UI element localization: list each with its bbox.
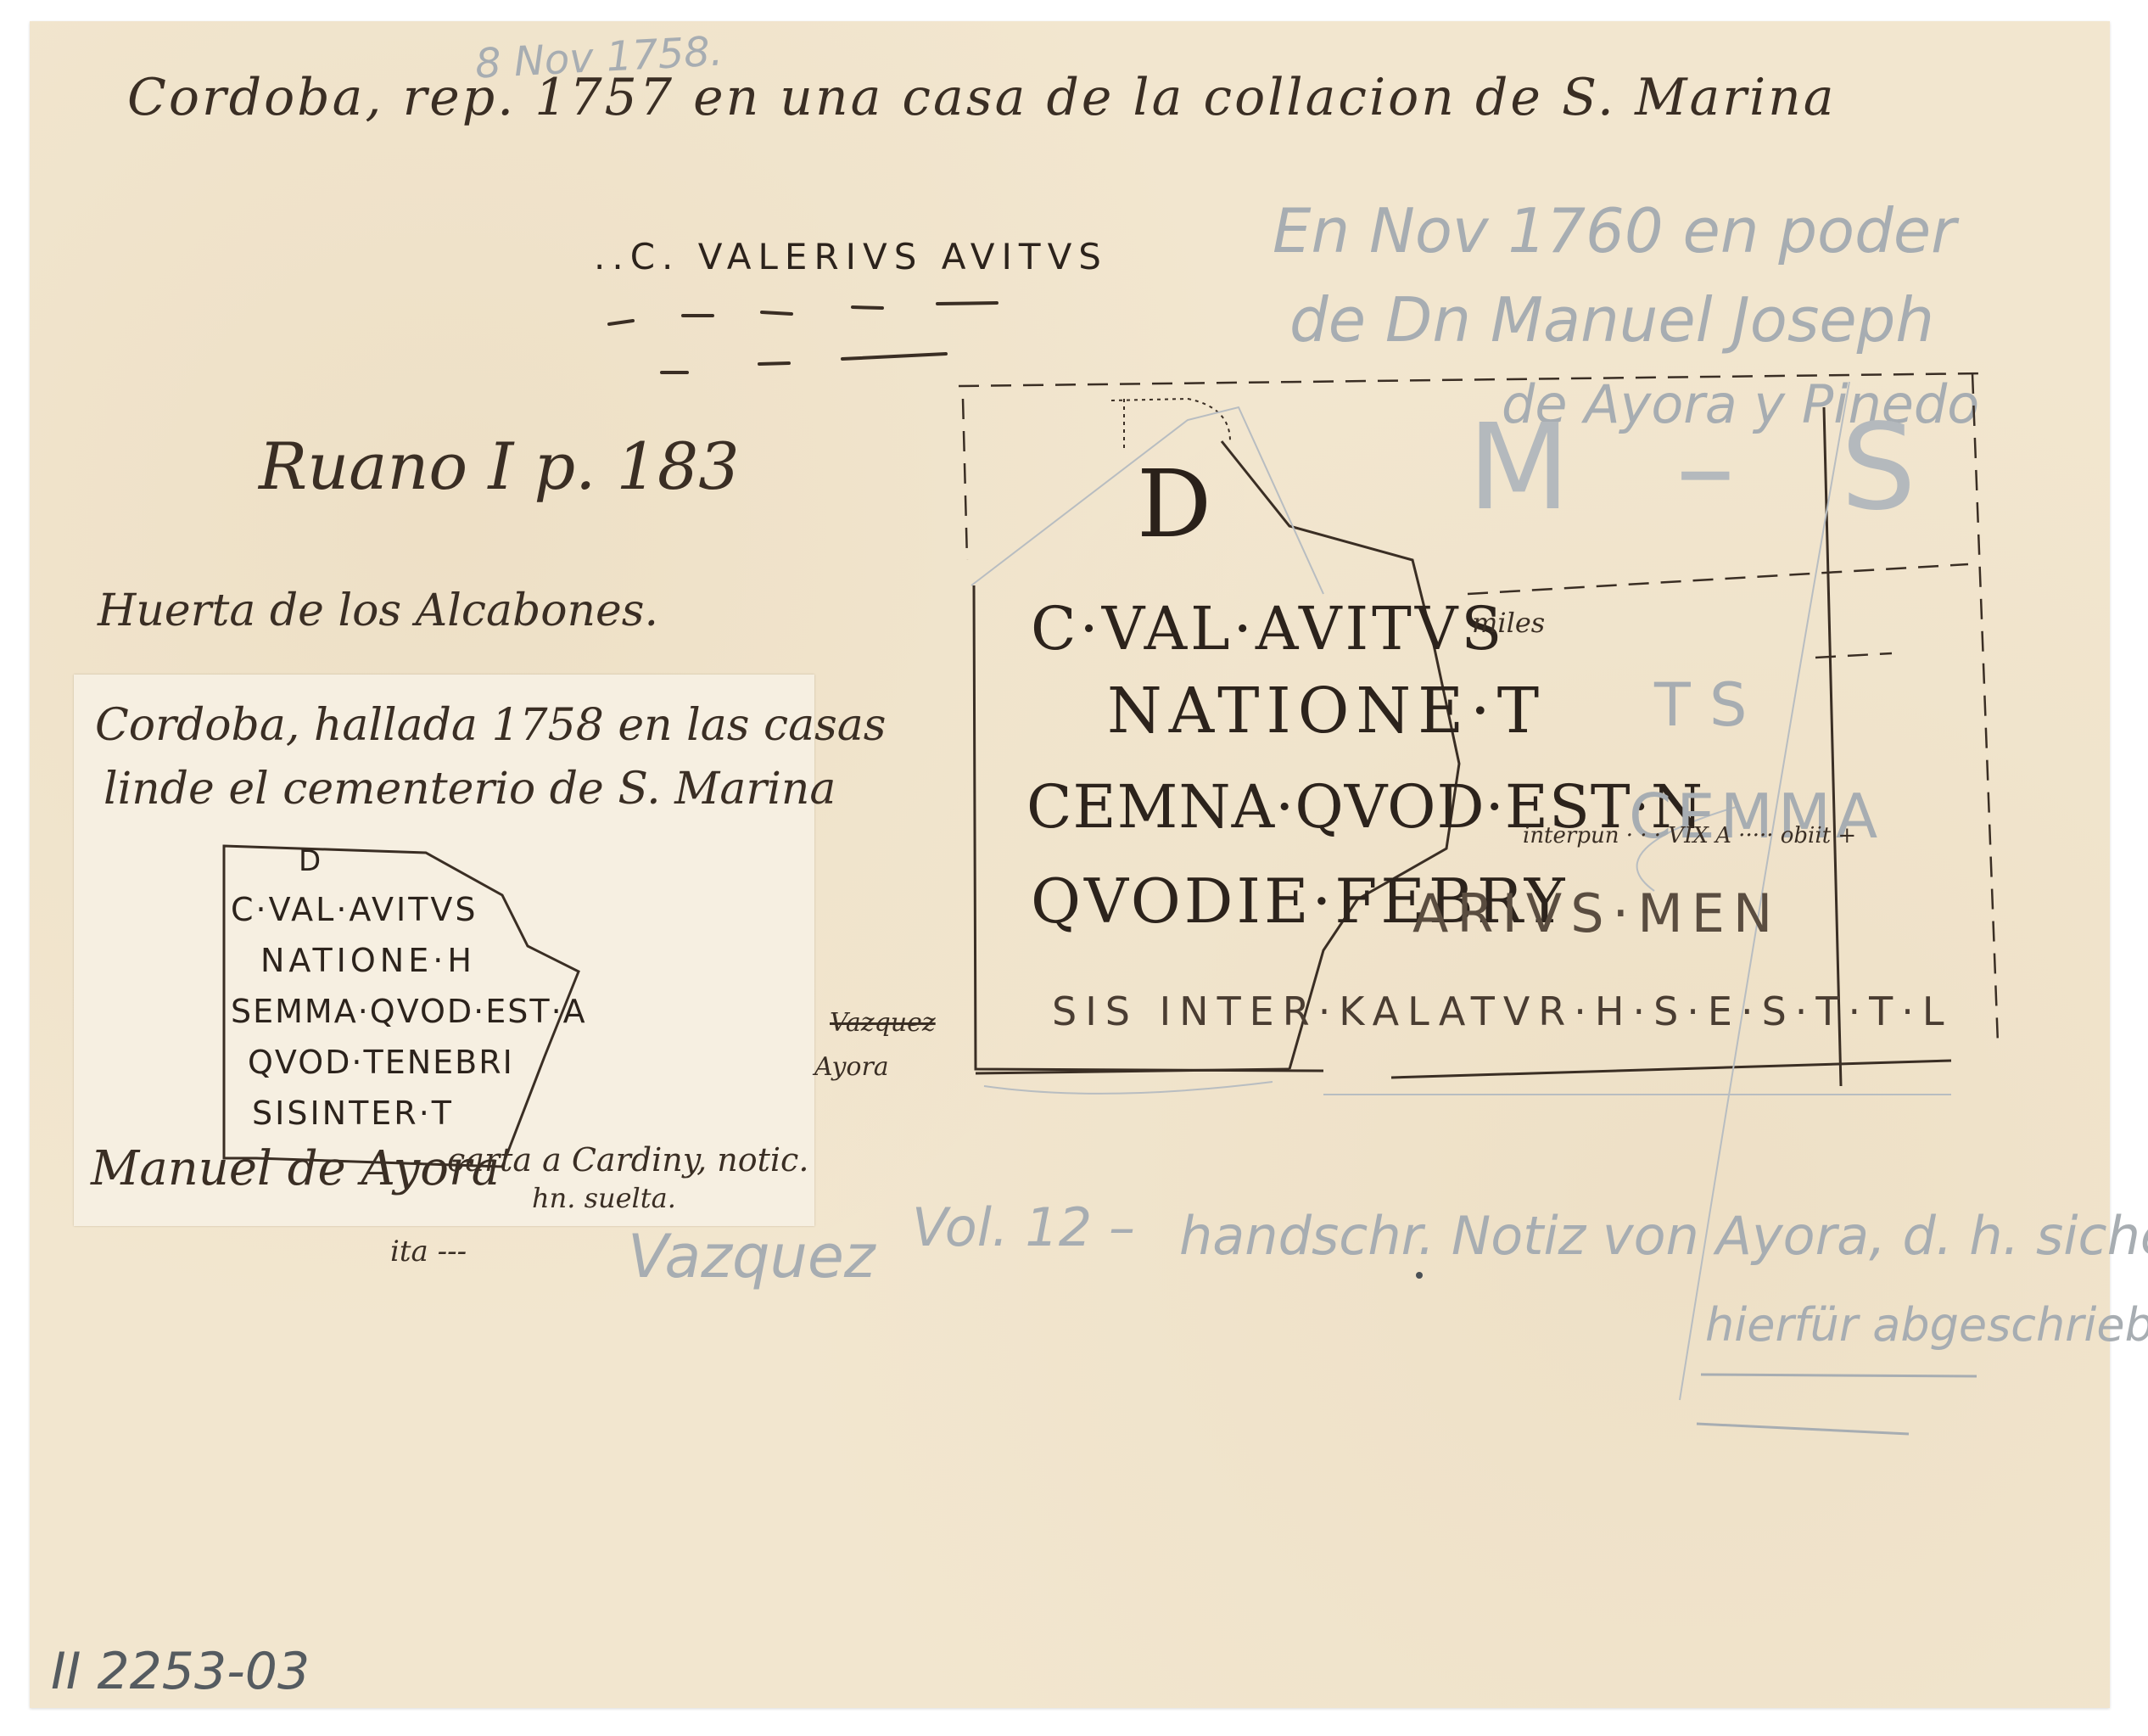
pencil-underlines bbox=[0, 0, 2148, 1736]
ink-spot bbox=[1416, 1272, 1423, 1279]
catalog-number: II 2253-03 bbox=[51, 1642, 310, 1701]
